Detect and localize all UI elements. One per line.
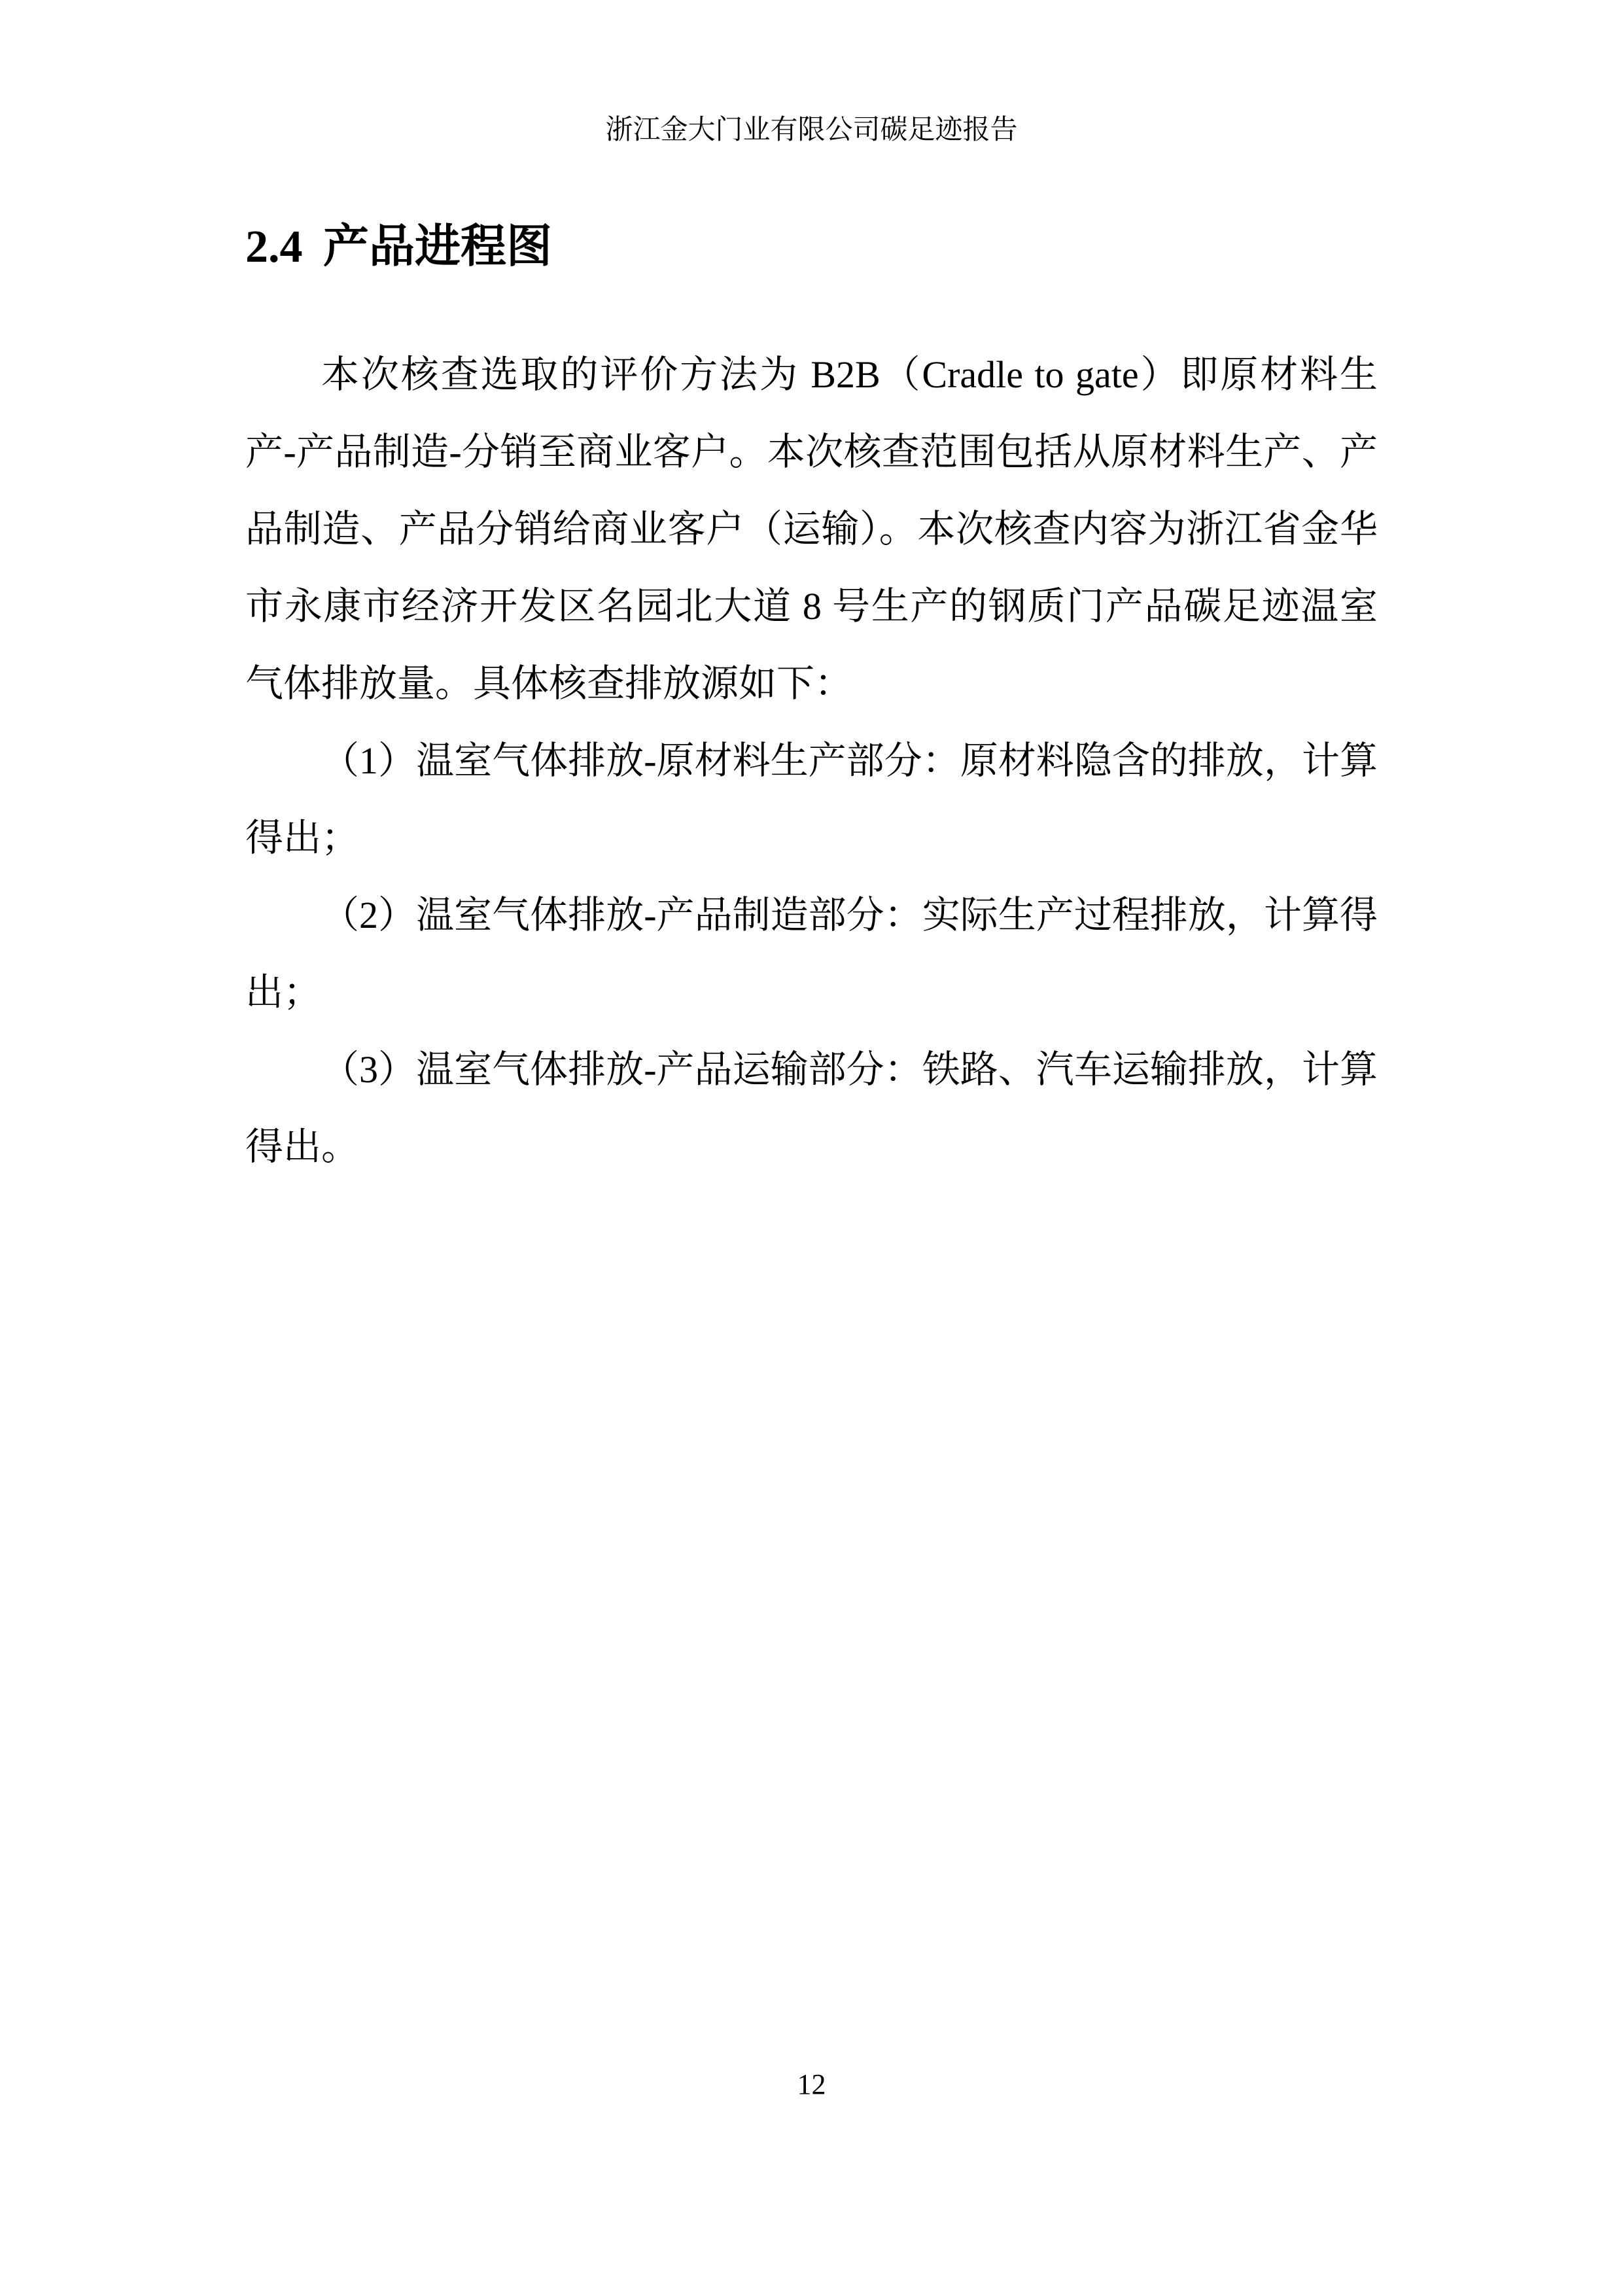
section-number: 2.4 — [245, 222, 303, 272]
section-heading: 2.4产品进程图 — [245, 221, 1378, 274]
paragraph-scope-method: 本次核查选取的评价方法为 B2B（Cradle to gate）即原材料生产-产… — [245, 336, 1378, 722]
paragraph-emission-source-1: （1）温室气体排放-原材料生产部分：原材料隐含的排放，计算得出； — [245, 722, 1378, 877]
content-area: 2.4产品进程图 本次核查选取的评价方法为 B2B（Cradle to gate… — [245, 0, 1378, 1186]
section-title: 产品进程图 — [323, 222, 552, 272]
paragraph-emission-source-2: （2）温室气体排放-产品制造部分：实际生产过程排放，计算得出； — [245, 877, 1378, 1031]
page-number: 12 — [0, 2070, 1623, 2099]
body-text: 本次核查选取的评价方法为 B2B（Cradle to gate）即原材料生产-产… — [245, 336, 1378, 1186]
document-page: 浙江金大门业有限公司碳足迹报告 2.4产品进程图 本次核查选取的评价方法为 B2… — [0, 0, 1623, 2296]
paragraph-emission-source-3: （3）温室气体排放-产品运输部分：铁路、汽车运输排放，计算得出。 — [245, 1031, 1378, 1186]
